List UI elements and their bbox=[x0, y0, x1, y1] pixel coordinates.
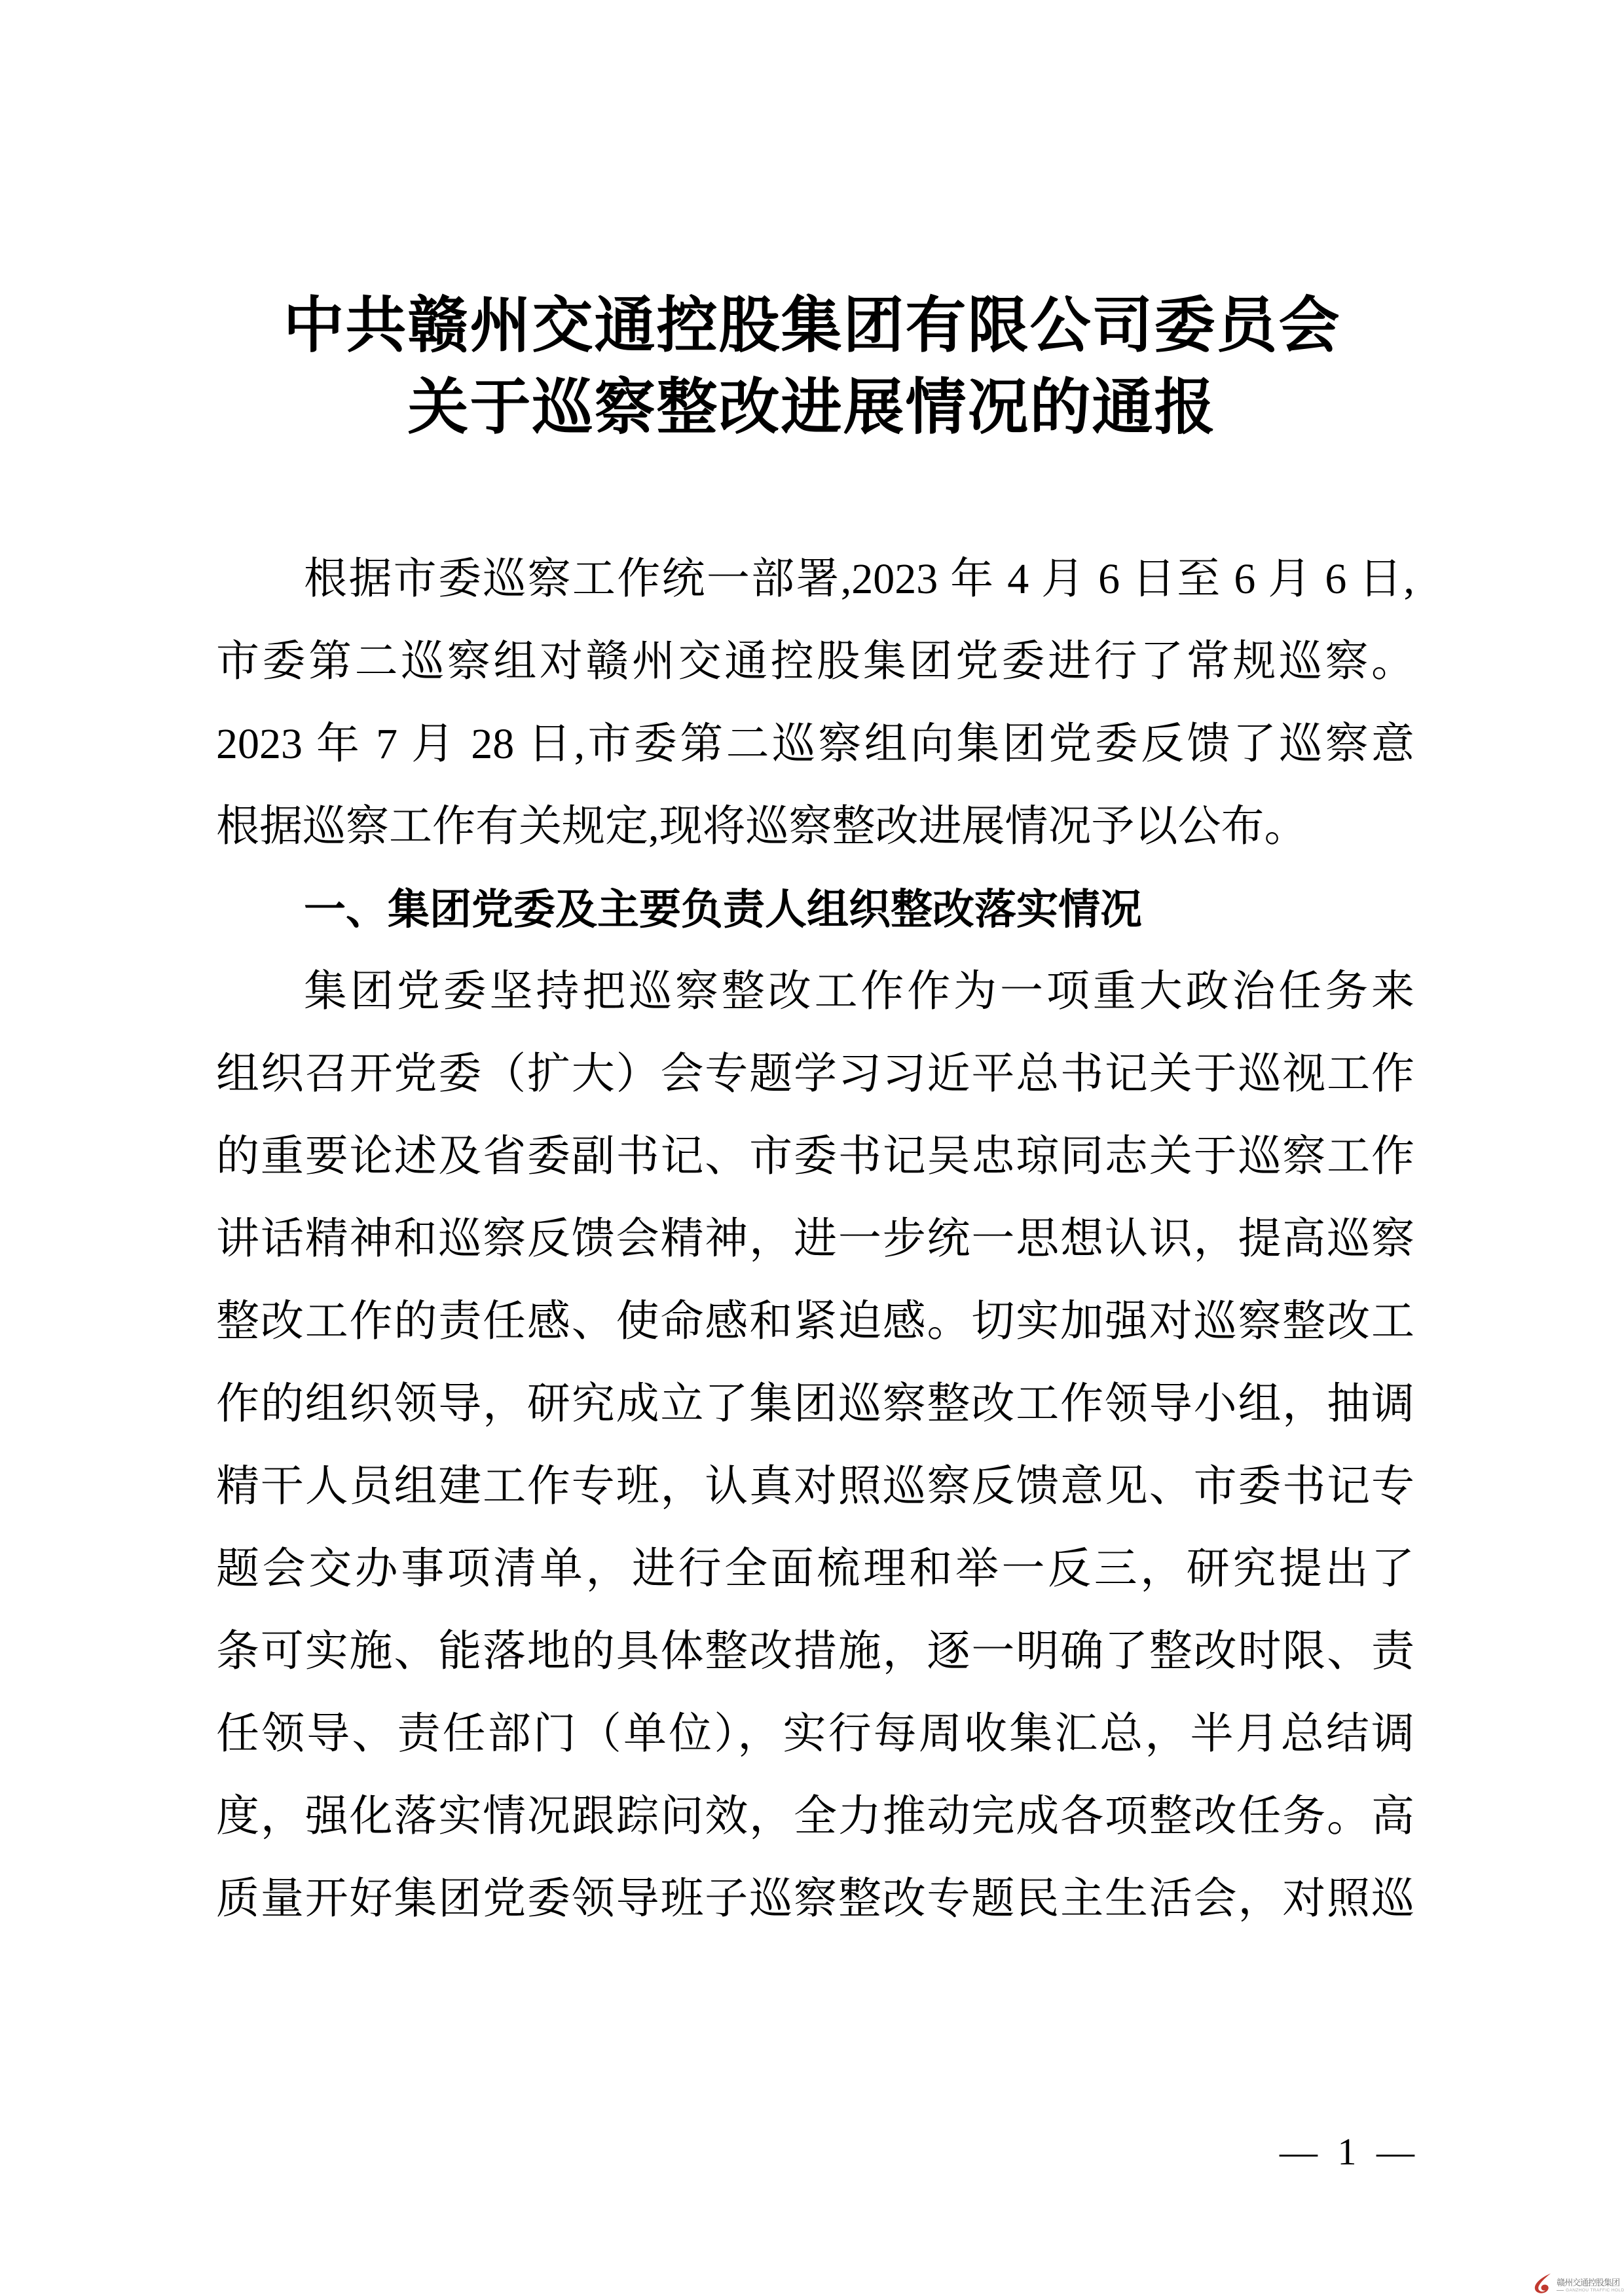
body-line: 精干人员组建工作专班，认真对照巡察反馈意见、市委书记专 bbox=[216, 1446, 1414, 1528]
document-page: 中共赣州交通控股集团有限公司委员会 关于巡察整改进展情况的通报 根据市委巡察工作… bbox=[0, 0, 1624, 2296]
body-line: 根据市委巡察工作统一部署,2023 年 4 月 6 日至 6 月 6 日, bbox=[216, 538, 1414, 621]
body-line: 题会交办事项清单，进行全面梳理和举一反三，研究提出了 124 bbox=[216, 1528, 1414, 1611]
body-line: 讲话精神和巡察反馈会精神，进一步统一思想认识，提高巡察 bbox=[216, 1198, 1414, 1281]
body-line: 条可实施、能落地的具体整改措施，逐一明确了整改时限、责 bbox=[216, 1611, 1414, 1693]
body-line: 整改工作的责任感、使命感和紧迫感。切实加强对巡察整改工 bbox=[216, 1281, 1414, 1363]
section-heading: 一、集团党委及主要负责人组织整改落实情况 bbox=[216, 868, 1414, 951]
logo-en-row: GANZHOU TRAFFIC HOLDINGS bbox=[1557, 2288, 1624, 2293]
document-title-line-2: 关于巡察整改进展情况的通报 bbox=[213, 367, 1411, 449]
body-line: 任领导、责任部门（单位），实行每周收集汇总，半月总结调 bbox=[216, 1693, 1414, 1776]
company-logo-text: 赣州交通控股集团 GANZHOU TRAFFIC HOLDINGS bbox=[1557, 2272, 1624, 2293]
body-text: 根据市委巡察工作统一部署,2023 年 4 月 6 日至 6 月 6 日,市委第… bbox=[216, 538, 1414, 1941]
body-line: 质量开好集团党委领导班子巡察整改专题民主生活会，对照巡 bbox=[216, 1858, 1414, 1941]
document-title-line-1: 中共赣州交通控股集团有限公司委员会 bbox=[213, 285, 1411, 367]
document-title: 中共赣州交通控股集团有限公司委员会 关于巡察整改进展情况的通报 bbox=[213, 285, 1411, 449]
body-line: 根据巡察工作有关规定,现将巡察整改进展情况予以公布。 bbox=[216, 786, 1414, 868]
body-line: 的重要论述及省委副书记、市委书记吴忠琼同志关于巡察工作 bbox=[216, 1116, 1414, 1198]
company-logo: 赣州交通控股集团 GANZHOU TRAFFIC HOLDINGS bbox=[1532, 2272, 1624, 2294]
company-logo-icon bbox=[1532, 2272, 1553, 2294]
body-line: 2023 年 7 月 28 日,市委第二巡察组向集团党委反馈了巡察意见。 bbox=[216, 703, 1414, 786]
logo-cn-text: 赣州交通控股集团 bbox=[1557, 2278, 1624, 2287]
body-line: 集团党委坚持把巡察整改工作作为一项重大政治任务来抓， bbox=[216, 951, 1414, 1033]
logo-rule-left bbox=[1557, 2290, 1564, 2291]
body-line: 度，强化落实情况跟踪问效，全力推动完成各项整改任务。高 bbox=[216, 1776, 1414, 1858]
logo-en-text: GANZHOU TRAFFIC HOLDINGS bbox=[1566, 2288, 1624, 2293]
page-number: — 1 — bbox=[216, 2129, 1414, 2175]
body-line: 组织召开党委（扩大）会专题学习习近平总书记关于巡视工作 bbox=[216, 1033, 1414, 1116]
body-line: 作的组织领导，研究成立了集团巡察整改工作领导小组，抽调 bbox=[216, 1363, 1414, 1446]
body-line: 市委第二巡察组对赣州交通控股集团党委进行了常规巡察。 bbox=[216, 621, 1414, 703]
